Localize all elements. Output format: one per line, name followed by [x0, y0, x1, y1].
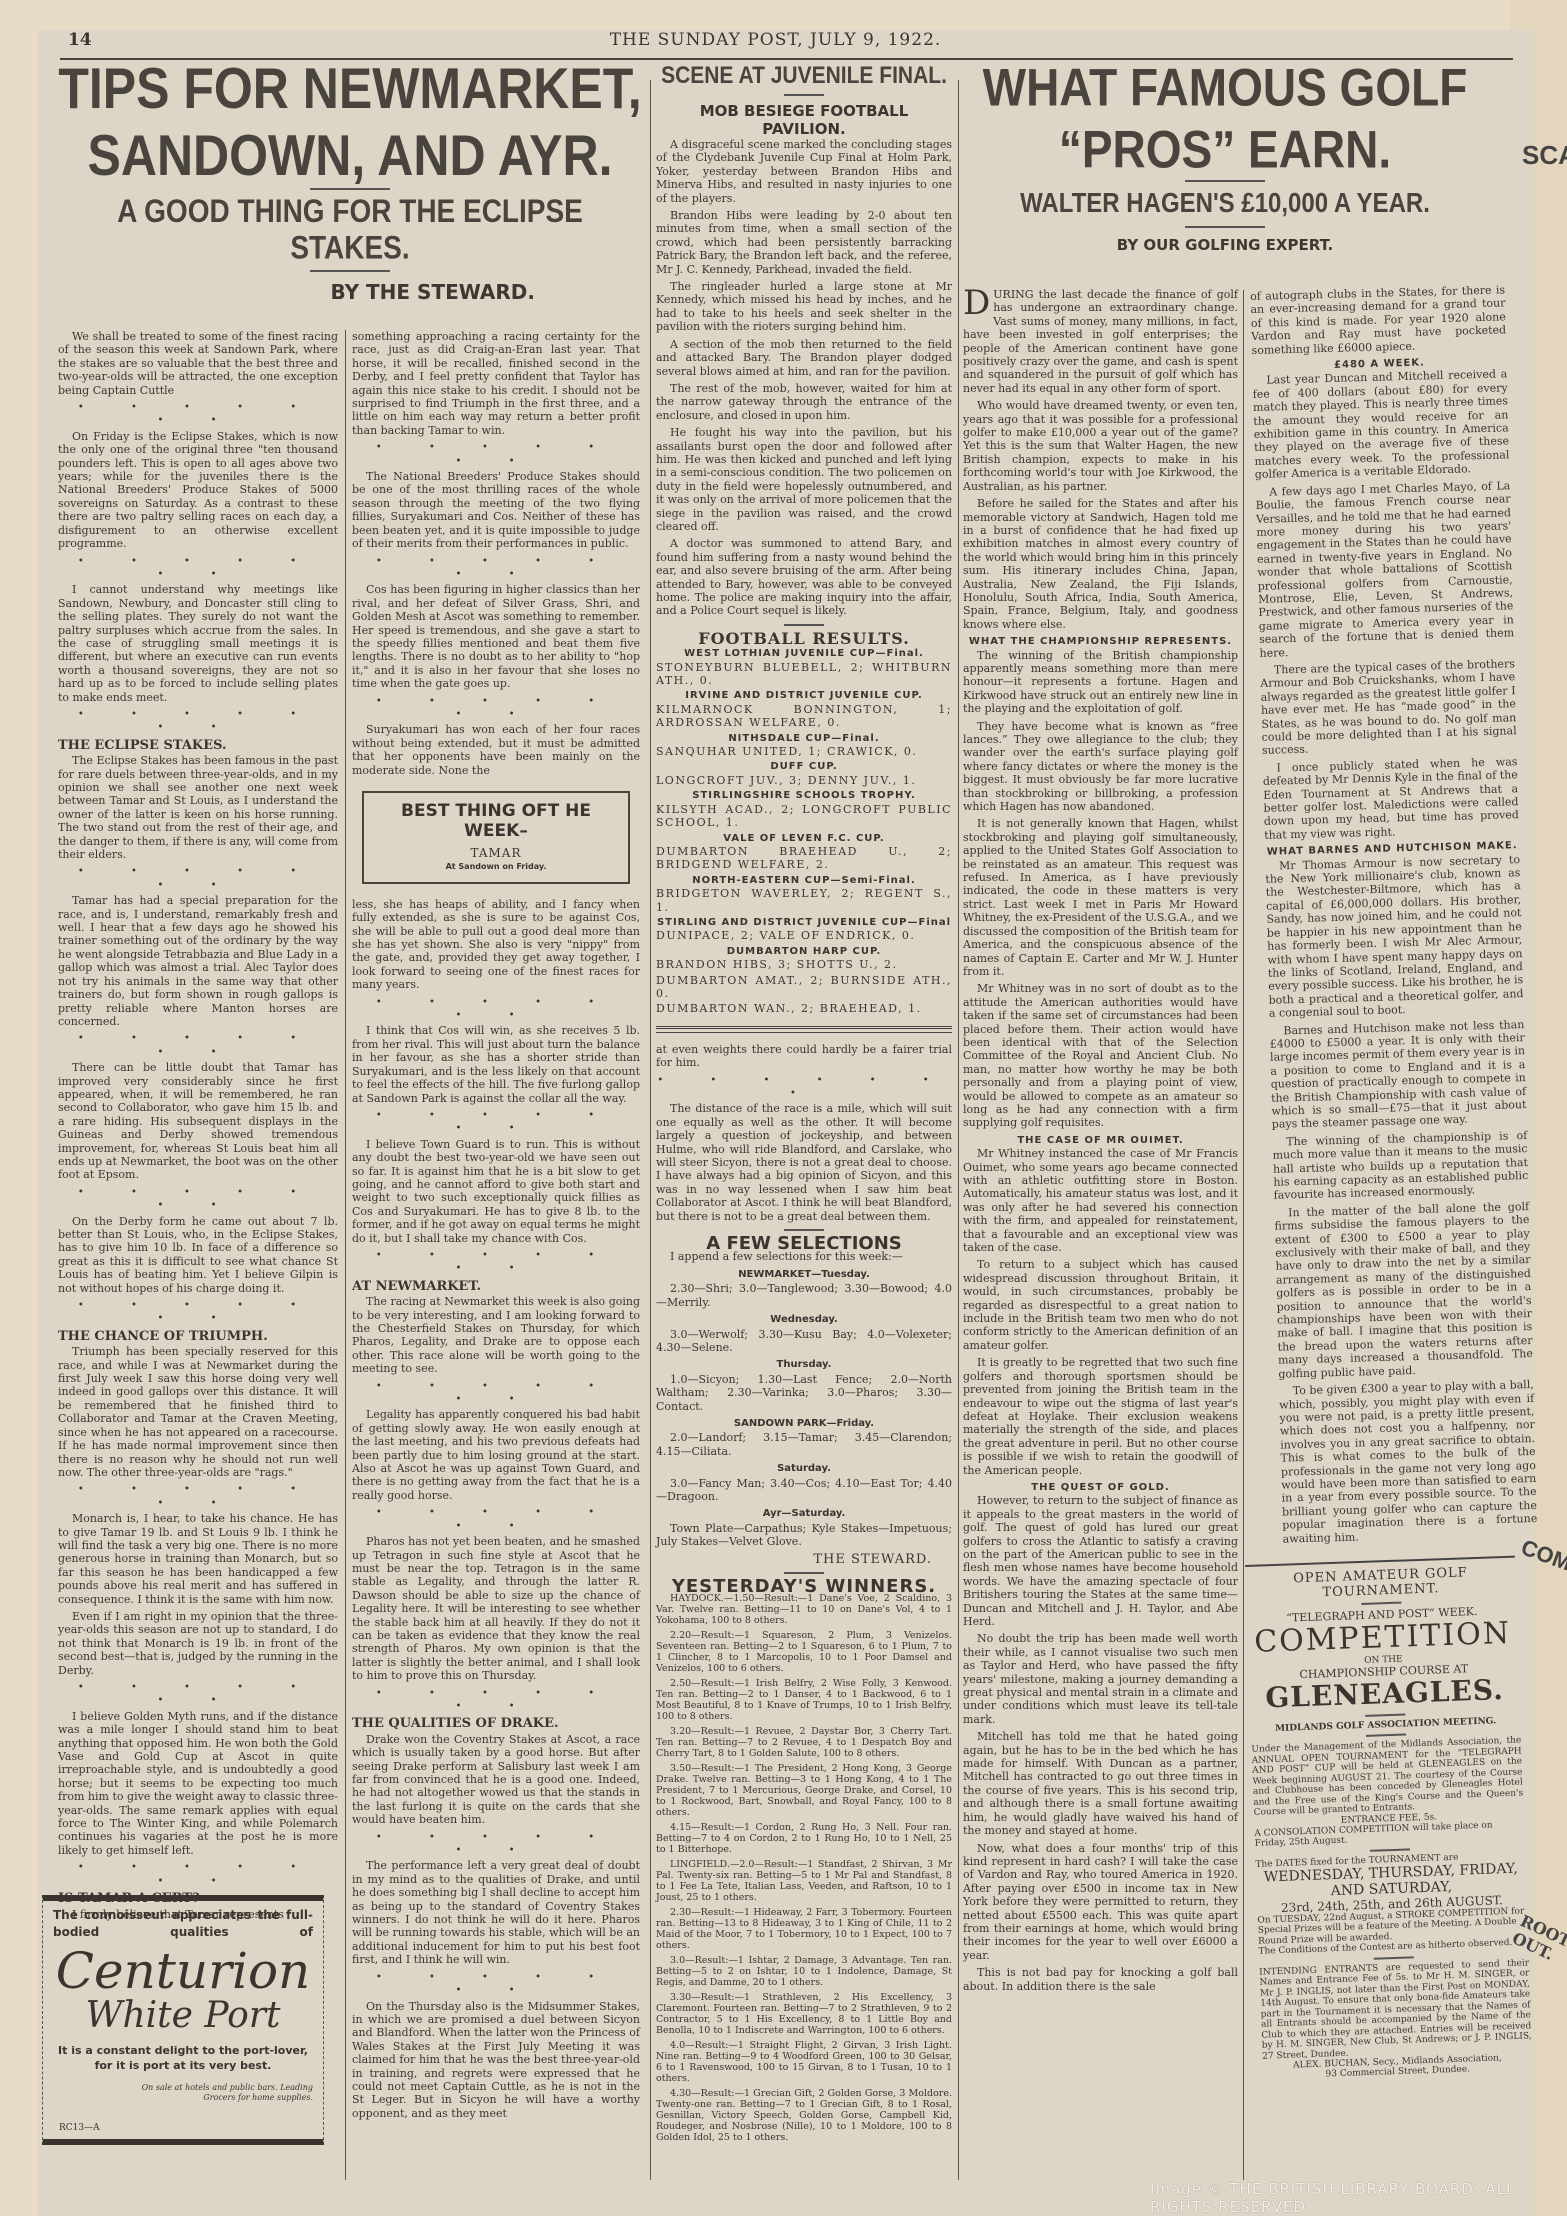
article-paragraph: There can be little doubt that Tamar has… — [58, 1061, 338, 1182]
football-results-list: WEST LOTHIAN JUVENILE CUP—Final.STONEYBU… — [656, 647, 952, 1016]
section-heading: WHAT THE CHAMPIONSHIP REPRESENTS. — [963, 635, 1238, 648]
article-paragraph: He fought his way into the pavilion, but… — [656, 426, 952, 533]
article-paragraph: The distance of the race is a mile, whic… — [656, 1102, 952, 1223]
cup-heading: STIRLING AND DISTRICT JUVENILE CUP—Final — [656, 916, 952, 929]
race-result: 3.20—Result:—1 Revuee, 2 Daystar Bor, 3 … — [656, 1726, 952, 1759]
article-paragraph: Pharos has not yet been beaten, and he s… — [352, 1535, 640, 1682]
divider — [310, 270, 390, 272]
cup-heading: WEST LOTHIAN JUVENILE CUP—Final. — [656, 647, 952, 660]
article-paragraph: On Friday is the Eclipse Stakes, which i… — [58, 430, 338, 551]
ad-brand: Centurion — [53, 1945, 313, 1997]
juvenile-headline: SCENE AT JUVENILE FINAL. — [656, 62, 952, 90]
article-paragraph: Before he sailed for the States and afte… — [963, 497, 1238, 631]
article-paragraph: less, she has heaps of ability, and I fa… — [352, 898, 640, 992]
centurion-port-advert: The connoisseur appreciates the full-bod… — [42, 1895, 324, 2145]
article-paragraph: Mr Whitney instanced the case of Mr Fran… — [963, 1147, 1238, 1254]
article-paragraph: Even if I am right in my opinion that th… — [58, 1610, 338, 1677]
article-paragraph: I believe Golden Myth runs, and if the d… — [58, 1710, 338, 1857]
article-paragraph: I think that Cos will win, as she receiv… — [352, 1024, 640, 1104]
article-paragraph: something approaching a racing certainty… — [352, 330, 640, 437]
ad-tagline: The connoisseur appreciates the full-bod… — [53, 1907, 313, 1941]
race-result: 3.30—Result:—1 Strathleven, 2 His Excell… — [656, 1992, 952, 2036]
golf-column-1: DURING the last decade the finance of go… — [963, 288, 1238, 1997]
match-result: KILSYTH ACAD., 2; LONGCROFT PUBLIC SCHOO… — [656, 803, 952, 830]
drop-cap: D — [963, 288, 990, 318]
match-result: DUNIPACE, 2; VALE OF ENDRICK, 0. — [656, 929, 952, 942]
race-result: LINGFIELD.—2.0—Result:—1 Standfast, 2 Sh… — [656, 1859, 952, 1903]
article-paragraph: Mr Whitney was in no sort of doubt as to… — [963, 982, 1238, 1129]
ad-venue: GLENEAGLES. — [1249, 1674, 1520, 1715]
article-paragraph: Brandon Hibs were leading by 2-0 about t… — [656, 209, 952, 276]
selection-picks: 3.0—Fancy Man; 3.40—Cos; 4.10—East Tor; … — [656, 1477, 952, 1504]
selection-day: Thursday. — [656, 1358, 952, 1371]
article-paragraph: A doctor was summoned to attend Bary, an… — [656, 537, 952, 617]
article-paragraph: A few days ago I met Charles Mayo, of La… — [1255, 479, 1514, 660]
selection-picks: 2.30—Shri; 3.0—Tanglewood; 3.30—Bowood; … — [656, 1282, 952, 1309]
race-result: 2.30—Result:—1 Hideaway, 2 Farr, 3 Tober… — [656, 1907, 952, 1951]
winners-list: HAYDOCK.—1.50—Result:—1 Dane's Voe, 2 Sc… — [656, 1593, 952, 2143]
ad-product: White Port — [53, 1997, 313, 2035]
article-paragraph: However, to return to the subject of fin… — [963, 1494, 1238, 1628]
match-result: STONEYBURN BLUEBELL, 2; WHITBURN ATH., 0… — [656, 661, 952, 688]
article-paragraph: The racing at Newmarket this week is als… — [352, 1295, 640, 1375]
adjacent-headline-fragment: SCA — [1522, 140, 1567, 171]
selection-day: NEWMARKET—Tuesday. — [656, 1268, 952, 1281]
race-result: 4.15—Result:—1 Cordon, 2 Rung Ho, 3 Nell… — [656, 1822, 952, 1855]
article-paragraph: No doubt the trip has been made well wor… — [963, 1632, 1238, 1726]
racing-column-2: something approaching a racing certainty… — [352, 330, 640, 2124]
article-paragraph: Suryakumari has won each of her four rac… — [352, 723, 640, 777]
match-result: DUMBARTON BRAEHEAD U., 2; BRIDGEND WELFA… — [656, 845, 952, 872]
ad-ref-code: RC13—A — [59, 2123, 100, 2133]
winners-title: YESTERDAY'S WINNERS. — [656, 1580, 952, 1593]
article-paragraph: The winning of the British championship … — [963, 649, 1238, 716]
cup-heading: IRVINE AND DISTRICT JUVENILE CUP. — [656, 689, 952, 702]
center-column: SCENE AT JUVENILE FINAL. MOB BESIEGE FOO… — [656, 64, 952, 2147]
article-paragraph: The winning of the championship is of mu… — [1272, 1129, 1529, 1203]
selections-title: A FEW SELECTIONS — [656, 1237, 952, 1250]
ad-title-line: OPEN AMATEUR GOLF TOURNAMENT. — [1245, 1564, 1516, 1603]
article-paragraph: We shall be treated to some of the fines… — [58, 330, 338, 397]
race-result: 4.30—Result:—1 Grecian Gift, 2 Golden Go… — [656, 2088, 952, 2143]
article-paragraph: Legality has apparently conquered his ba… — [352, 1408, 640, 1502]
golf-headline: WHAT FAMOUS GOLF “PROS” EARN. — [965, 56, 1485, 180]
cup-heading: STIRLINGSHIRE SCHOOLS TROPHY. — [656, 789, 952, 802]
article-paragraph: A section of the mob then returned to th… — [656, 338, 952, 378]
golf-column-2: of autograph clubs in the States, for th… — [1250, 283, 1538, 1549]
racing-header: TIPS FOR NEWMARKET, SANDOWN, AND AYR. A … — [55, 64, 645, 304]
article-paragraph: On the Derby form he came out about 7 lb… — [58, 1215, 338, 1295]
article-paragraph: I believe Town Guard is to run. This is … — [352, 1138, 640, 1245]
ad-copy: It is a constant delight to the port-lov… — [53, 2043, 313, 2073]
section-heading: THE ECLIPSE STAKES. — [58, 739, 338, 752]
article-paragraph: To be given £300 a year to play with a b… — [1279, 1378, 1538, 1545]
cup-heading: DUMBARTON HARP CUP. — [656, 945, 952, 958]
section-divider — [656, 1026, 952, 1033]
best-thing-of-week-box: BEST THING OFT HE WEEK– TAMAR At Sandown… — [362, 791, 630, 884]
article-paragraph: Last year Duncan and Mitchell received a… — [1252, 368, 1510, 482]
article-paragraph: The rest of the mob, however, waited for… — [656, 382, 952, 422]
cup-heading: VALE OF LEVEN F.C. CUP. — [656, 832, 952, 845]
section-heading: AT NEWMARKET. — [352, 1280, 640, 1293]
racing-subheadline: A GOOD THING FOR THE ECLIPSE STAKES. — [55, 193, 645, 267]
ad-sale-info: On sale at hotels and public bars. Leadi… — [53, 2083, 313, 2103]
selection-picks: 1.0—Sicyon; 1.30—Last Fence; 2.0—North W… — [656, 1373, 952, 1413]
copyright-watermark: Image © THE BRITISH LIBRARY BOARD. ALL R… — [1150, 2180, 1567, 2216]
race-result: 4.0—Result:—1 Straight Flight, 2 Girvan,… — [656, 2040, 952, 2084]
article-paragraph: Who would have dreamed twenty, or even t… — [963, 399, 1238, 493]
article-paragraph: Mitchell has told me that he hated going… — [963, 1730, 1238, 1837]
article-paragraph: It is greatly to be regretted that two s… — [963, 1356, 1238, 1477]
box-title: BEST THING OFT HE WEEK– — [372, 801, 620, 841]
article-paragraph: Triumph has been specially reserved for … — [58, 1345, 338, 1479]
article-paragraph: Tamar has had a special preparation for … — [58, 894, 338, 1028]
article-paragraph: The performance left a very great deal o… — [352, 1859, 640, 1966]
article-paragraph: at even weights there could hardly be a … — [656, 1043, 952, 1070]
golf-byline: BY OUR GOLFING EXPERT. — [965, 236, 1485, 254]
selections-signoff: THE STEWARD. — [656, 1553, 952, 1566]
article-paragraph: of autograph clubs in the States, for th… — [1250, 283, 1507, 357]
article-paragraph: A disgraceful scene marked the concludin… — [656, 138, 952, 205]
golf-subheadline: WALTER HAGEN'S £10,000 A YEAR. — [965, 188, 1485, 220]
selections-list: NEWMARKET—Tuesday.2.30—Shri; 3.0—Tanglew… — [656, 1268, 952, 1549]
match-result: KILMARNOCK BONNINGTON, 1; ARDROSSAN WELF… — [656, 703, 952, 730]
racing-byline: BY THE STEWARD. — [55, 280, 645, 304]
article-paragraph: Mr Thomas Armour is now secretary to the… — [1265, 853, 1524, 1020]
section-heading: THE CHANCE OF TRIUMPH. — [58, 1330, 338, 1343]
box-detail: At Sandown on Friday. — [372, 860, 620, 873]
selection-day: Saturday. — [656, 1462, 952, 1475]
article-paragraph: To return to a subject which has caused … — [963, 1258, 1238, 1352]
article-paragraph: Monarch is, I hear, to take his chance. … — [58, 1512, 338, 1606]
article-paragraph: Cos has been figuring in higher classics… — [352, 583, 640, 690]
cup-heading: NITHSDALE CUP—Final. — [656, 732, 952, 745]
race-result: 3.50—Result:—1 The President, 2 Hong Kon… — [656, 1763, 952, 1818]
selections-intro: I append a few selections for this week:… — [656, 1250, 952, 1263]
ad-body: Under the Management of the Midlands Ass… — [1251, 1735, 1523, 1818]
race-result: 2.50—Result:—1 Irish Belfry, 2 Wise Foll… — [656, 1678, 952, 1722]
article-paragraph: It is not generally known that Hagen, wh… — [963, 817, 1238, 978]
match-result: BRIDGETON WAVERLEY, 2; REGENT S., 1. — [656, 887, 952, 914]
article-paragraph: There are the typical cases of the broth… — [1260, 657, 1517, 757]
section-heading: THE CASE OF MR OUIMET. — [963, 1134, 1238, 1147]
article-paragraph: I once publicly stated when he was defea… — [1262, 755, 1519, 842]
selection-picks: 2.0—Landorf; 3.15—Tamar; 3.45—Clarendon;… — [656, 1431, 952, 1458]
article-paragraph: On the Thursday also is the Midsummer St… — [352, 2000, 640, 2121]
cup-heading: NORTH-EASTERN CUP—Semi-Final. — [656, 874, 952, 887]
column-rule — [650, 80, 651, 2180]
article-paragraph: Barnes and Hutchison make not less than … — [1269, 1018, 1527, 1132]
article-paragraph: The Eclipse Stakes has been famous in th… — [58, 754, 338, 861]
masthead: 14 THE SUNDAY POST, JULY 9, 1922. — [38, 30, 1513, 58]
selection-picks: 3.0—Werwolf; 3.30—Kusu Bay; 4.0—Volexete… — [656, 1328, 952, 1355]
article-paragraph: In the matter of the ball alone the golf… — [1274, 1200, 1533, 1381]
newspaper-title: THE SUNDAY POST, JULY 9, 1922. — [38, 30, 1513, 50]
match-result: LONGCROFT JUV., 3; DENNY JUV., 1. — [656, 774, 952, 787]
article-paragraph: This is not bad pay for knocking a golf … — [963, 1966, 1238, 1993]
match-result: BRANDON HIBS, 3; SHOTTS U., 2. — [656, 958, 952, 971]
selection-picks: Town Plate—Carpathus; Kyle Stakes—Impetu… — [656, 1522, 952, 1549]
box-horse: TAMAR — [372, 847, 620, 860]
article-paragraph: Now, what does a four months' trip of th… — [963, 1842, 1238, 1963]
football-results-title: FOOTBALL RESULTS. — [656, 632, 952, 645]
gleneagles-tournament-advert: OPEN AMATEUR GOLF TOURNAMENT. “TELEGRAPH… — [1245, 1556, 1536, 2165]
selection-day: Wednesday. — [656, 1313, 952, 1326]
selection-day: Ayr—Saturday. — [656, 1507, 952, 1520]
match-result: DUMBARTON WAN., 2; BRAEHEAD, 1. — [656, 1002, 952, 1015]
race-result: 3.0—Result:—1 Ishtar, 2 Damage, 3 Advant… — [656, 1955, 952, 1988]
article-paragraph: I cannot understand why meetings like Sa… — [58, 583, 338, 704]
golf-header: WHAT FAMOUS GOLF “PROS” EARN. WALTER HAG… — [965, 64, 1485, 254]
selection-day: SANDOWN PARK—Friday. — [656, 1417, 952, 1430]
ad-entrants: INTENDING ENTRANTS are requested to send… — [1259, 1958, 1532, 2062]
race-result: 2.20—Result:—1 Squareson, 2 Plum, 3 Veni… — [656, 1630, 952, 1674]
racing-headline: TIPS FOR NEWMARKET, SANDOWN, AND AYR. — [55, 55, 645, 188]
section-heading: THE QUALITIES OF DRAKE. — [352, 1717, 640, 1730]
cup-heading: DUFF CUP. — [656, 760, 952, 773]
article-paragraph: The ringleader hurled a large stone at M… — [656, 280, 952, 334]
ad-meeting: MIDLANDS GOLF ASSOCIATION MEETING. — [1251, 1715, 1521, 1734]
column-rule — [345, 330, 346, 2180]
article-paragraph: The National Breeders' Produce Stakes sh… — [352, 470, 640, 550]
article-paragraph: Drake won the Coventry Stakes at Ascot, … — [352, 1733, 640, 1827]
column-rule — [1243, 290, 1244, 2180]
article-paragraph: They have become what is known as “free … — [963, 720, 1238, 814]
juvenile-subheadline: MOB BESIEGE FOOTBALL PAVILION. — [656, 102, 952, 138]
match-result: SANQUHAR UNITED, 1; CRAWICK, 0. — [656, 745, 952, 758]
column-rule — [958, 80, 959, 2180]
race-result: HAYDOCK.—1.50—Result:—1 Dane's Voe, 2 Sc… — [656, 1593, 952, 1626]
section-heading: THE QUEST OF GOLD. — [963, 1481, 1238, 1494]
racing-column-1: We shall be treated to some of the fines… — [58, 330, 338, 1925]
match-result: DUMBARTON AMAT., 2; BURNSIDE ATH., 0. — [656, 974, 952, 1001]
